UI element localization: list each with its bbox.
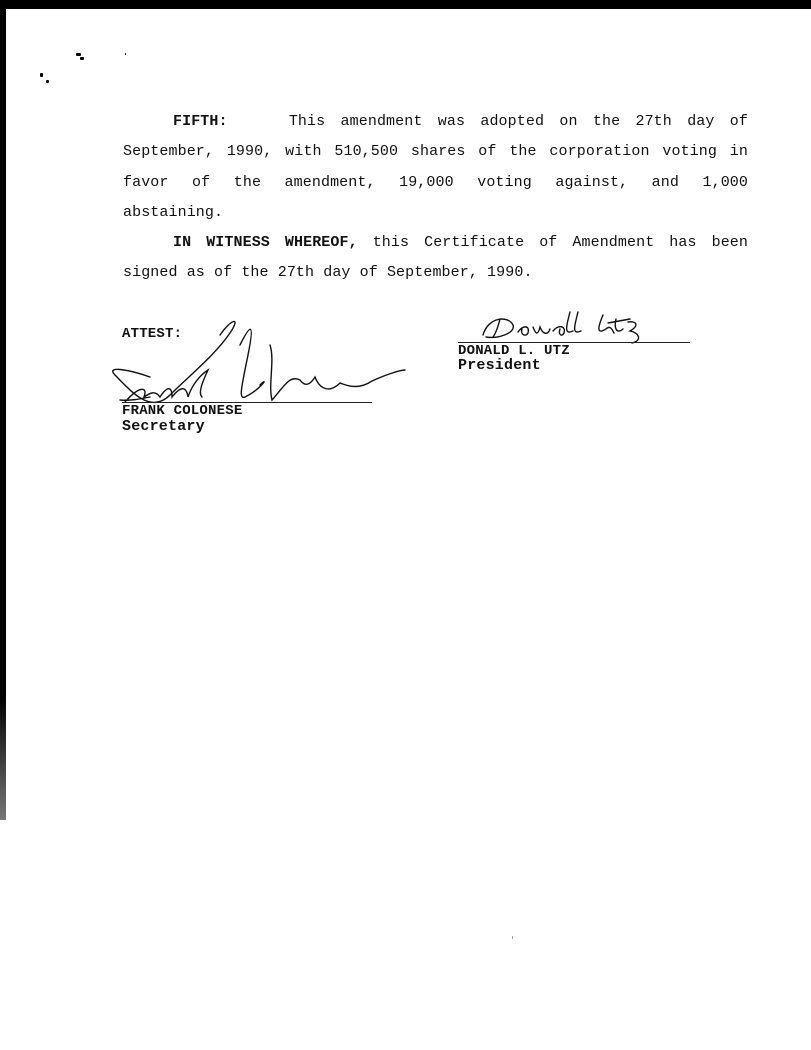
scan-speck	[46, 80, 49, 83]
scan-border-left	[0, 0, 6, 820]
signature-donald-utz	[478, 307, 708, 347]
scan-speck	[40, 73, 43, 77]
fifth-paragraph: FIFTH: This amendment was adopted on the…	[123, 107, 748, 228]
scan-speck	[80, 57, 84, 60]
secretary-title: Secretary	[122, 418, 205, 435]
witness-paragraph: IN WITNESS WHEREOF, this Certificate of …	[123, 228, 748, 289]
fifth-line-2: September, 1990, with 510,500 shares of …	[123, 137, 748, 167]
fifth-line-3: favor of the amendment, 19,000 voting ag…	[123, 168, 748, 198]
scan-speck	[76, 53, 81, 56]
fifth-line-1: FIFTH: This amendment was adopted on the…	[123, 107, 748, 137]
scan-border-top	[0, 0, 811, 9]
witness-line-1: IN WITNESS WHEREOF, this Certificate of …	[123, 228, 748, 258]
fifth-line-4: abstaining.	[123, 198, 748, 228]
secretary-name: FRANK COLONESE	[122, 403, 242, 419]
scan-speck	[125, 53, 126, 55]
scan-speck	[512, 936, 513, 939]
witness-line-2: signed as of the 27th day of September, …	[123, 258, 748, 288]
witness-heading: IN WITNESS WHEREOF,	[173, 234, 358, 251]
president-title: President	[458, 357, 541, 374]
fifth-heading: FIFTH:	[173, 113, 228, 130]
